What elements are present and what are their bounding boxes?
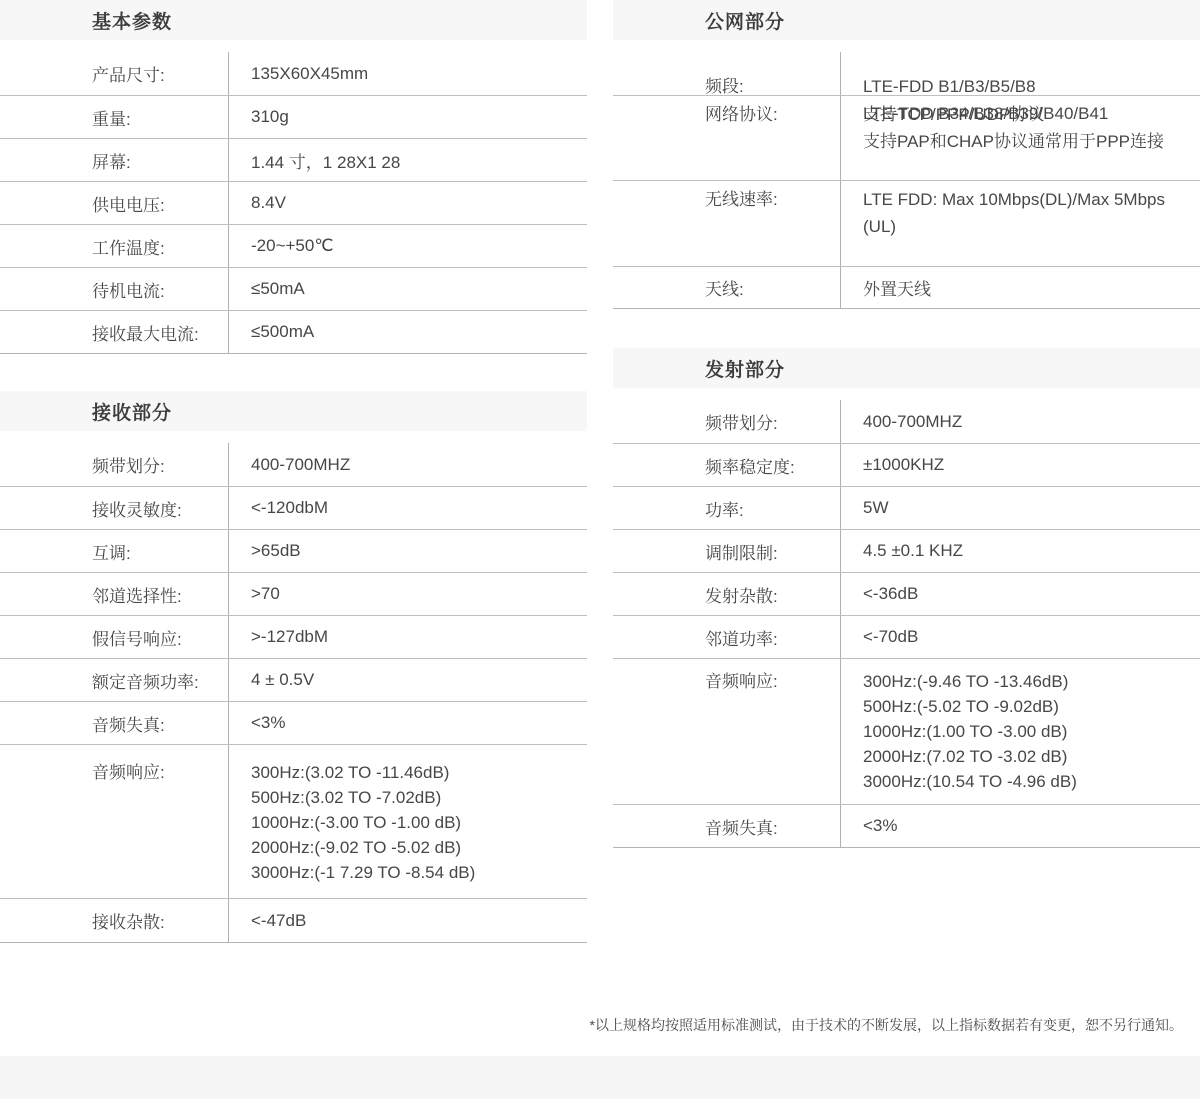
spec-value: <3% [840,805,1200,847]
spec-table: 产品尺寸: 135X60X45mm 重量: 310g 屏幕: 1.44 寸，1 … [0,40,587,354]
spec-value-line: 500Hz:(-5.02 TO -9.02dB) [863,694,1196,719]
section-basic-params: 基本参数 产品尺寸: 135X60X45mm 重量: 310g 屏幕: 1.44… [0,0,587,354]
spec-row: 音频响应: 300Hz:(3.02 TO -11.46dB) 500Hz:(3.… [0,744,587,898]
spec-row: 重量: 310g [0,95,587,138]
spec-table: 频带划分: 400-700MHZ 接收灵敏度: <-120dbM 互调: >65… [0,431,587,943]
column-right: 公网部分 频段: LTE-FDD B1/B3/B5/B8 LTE-TDD B34… [613,0,1200,848]
spec-row: 接收杂散: <-47dB [0,898,587,942]
spec-value: <-120dbM [228,487,587,529]
spec-row: 音频失真: <3% [0,701,587,744]
spec-label: 网络协议: [613,96,840,180]
spec-label: 接收最大电流: [0,311,228,353]
spec-value: >65dB [228,530,587,572]
spec-value-line: ≤500mA [251,322,583,342]
spec-label: 功率: [613,487,840,529]
spec-row: 额定音频功率: 4 ± 0.5V [0,658,587,701]
spec-value-line: 4.5 ±0.1 KHZ [863,541,1196,561]
spec-value: >-127dbM [228,616,587,658]
spec-row: 发射杂散: <-36dB [613,572,1200,615]
spec-label: 屏幕: [0,139,228,181]
section-header: 公网部分 [613,0,1200,40]
spec-value-line: <-70dB [863,627,1196,647]
spec-label: 发射杂散: [613,573,840,615]
spec-value: ±1000KHZ [840,444,1200,486]
spec-row: 音频失真: <3% [613,804,1200,847]
spec-row: 音频响应: 300Hz:(-9.46 TO -13.46dB) 500Hz:(-… [613,658,1200,804]
spec-value-line: 支持TCP/PPP/UDP协议 [863,101,1196,128]
spec-value-line: 1000Hz:(-3.00 TO -1.00 dB) [251,810,583,835]
spec-table: 频段: LTE-FDD B1/B3/B5/B8 LTE-TDD B34/B38/… [613,40,1200,309]
spec-label: 接收杂散: [0,899,228,942]
spec-value: LTE FDD: Max 10Mbps(DL)/Max 5Mbps (UL) [840,181,1200,266]
spec-row: 频段: LTE-FDD B1/B3/B5/B8 LTE-TDD B34/B38/… [613,40,1200,95]
spec-row: 待机电流: ≤50mA [0,267,587,310]
spec-value-line: 支持PAP和CHAP协议通常用于PPP连接 [863,128,1196,155]
spec-value-line: 8.4V [251,193,583,213]
spec-row: 假信号响应: >-127dbM [0,615,587,658]
spec-row: 接收最大电流: ≤500mA [0,310,587,353]
spec-label: 重量: [0,96,228,138]
spec-value: 1.44 寸，1 28X1 28 [228,139,587,181]
spec-row: 供电电压: 8.4V [0,181,587,224]
column-left: 基本参数 产品尺寸: 135X60X45mm 重量: 310g 屏幕: 1.44… [0,0,587,943]
section-header: 接收部分 [0,391,587,431]
spec-value: 支持TCP/PPP/UDP协议 支持PAP和CHAP协议通常用于PPP连接 [840,96,1200,180]
section-public-network: 公网部分 频段: LTE-FDD B1/B3/B5/B8 LTE-TDD B34… [613,0,1200,309]
spec-row: 邻道功率: <-70dB [613,615,1200,658]
spec-value: 300Hz:(-9.46 TO -13.46dB) 500Hz:(-5.02 T… [840,659,1200,804]
spec-value-line: 400-700MHZ [863,412,1196,432]
spec-row: 无线速率: LTE FDD: Max 10Mbps(DL)/Max 5Mbps … [613,180,1200,266]
spec-value: <3% [228,702,587,744]
section-title: 公网部分 [705,7,785,34]
spec-row: 网络协议: 支持TCP/PPP/UDP协议 支持PAP和CHAP协议通常用于PP… [613,95,1200,180]
spec-value-line: LTE FDD: Max 10Mbps(DL)/Max 5Mbps [863,186,1196,213]
spec-value: <-36dB [840,573,1200,615]
spec-value-line: 1.44 寸，1 28X1 28 [251,148,583,173]
spec-label: 待机电流: [0,268,228,310]
spec-label: 频率稳定度: [613,444,840,486]
spec-value-line: 310g [251,107,583,127]
spec-label: 工作温度: [0,225,228,267]
spec-value: 4 ± 0.5V [228,659,587,701]
spec-value: >70 [228,573,587,615]
section-transmitter: 发射部分 频带划分: 400-700MHZ 频率稳定度: ±1000KHZ 功率… [613,348,1200,848]
spec-value-line: 2000Hz:(7.02 TO -3.02 dB) [863,744,1196,769]
spec-value-line: 2000Hz:(-9.02 TO -5.02 dB) [251,835,583,860]
spec-label: 互调: [0,530,228,572]
spec-value-line: <-120dbM [251,498,583,518]
spec-value-line: ≤50mA [251,279,583,299]
spec-value-line: (UL) [863,213,1196,240]
footer-bar [0,1056,1200,1099]
spec-row: 功率: 5W [613,486,1200,529]
spec-label: 天线: [613,267,840,308]
spec-label: 频段: [613,52,840,95]
spec-value: 外置天线 [840,267,1200,308]
section-title: 发射部分 [705,355,785,382]
spec-row: 接收灵敏度: <-120dbM [0,486,587,529]
disclaimer-footnote: *以上规格均按照适用标准测试，由于技术的不断发展，以上指标数据若有变更，恕不另行… [590,1015,1183,1035]
spec-label: 音频失真: [613,805,840,847]
spec-row: 天线: 外置天线 [613,266,1200,308]
spec-label: 邻道选择性: [0,573,228,615]
spec-value-line: <3% [863,816,1196,836]
spec-value-line: <-47dB [251,911,583,931]
spec-value-line: 3000Hz:(10.54 TO -4.96 dB) [863,769,1196,794]
spec-value-line: 500Hz:(3.02 TO -7.02dB) [251,785,583,810]
spec-value: ≤50mA [228,268,587,310]
spec-row: 产品尺寸: 135X60X45mm [0,40,587,95]
spec-label: 音频响应: [613,659,840,804]
spec-row: 频带划分: 400-700MHZ [0,431,587,486]
spec-value-line: 300Hz:(-9.46 TO -13.46dB) [863,669,1196,694]
spec-value-line: <3% [251,713,583,733]
spec-value: 400-700MHZ [840,400,1200,443]
spec-table: 频带划分: 400-700MHZ 频率稳定度: ±1000KHZ 功率: 5W … [613,388,1200,848]
spec-value: <-70dB [840,616,1200,658]
spec-value-line: 1000Hz:(1.00 TO -3.00 dB) [863,719,1196,744]
spec-label: 无线速率: [613,181,840,266]
spec-value: <-47dB [228,899,587,942]
section-title: 基本参数 [92,7,172,34]
spec-value: 135X60X45mm [228,52,587,95]
spec-label: 产品尺寸: [0,52,228,95]
spec-value-line: >70 [251,584,583,604]
spec-label: 调制限制: [613,530,840,572]
spec-row: 调制限制: 4.5 ±0.1 KHZ [613,529,1200,572]
section-receiver: 接收部分 频带划分: 400-700MHZ 接收灵敏度: <-120dbM 互调… [0,391,587,943]
spec-row: 邻道选择性: >70 [0,572,587,615]
spec-label: 音频响应: [0,745,228,898]
spec-value-line: ±1000KHZ [863,455,1196,475]
spec-value: 8.4V [228,182,587,224]
spec-row: 互调: >65dB [0,529,587,572]
spec-value-line: 5W [863,498,1196,518]
spec-value-line: 400-700MHZ [251,455,583,475]
spec-label: 频带划分: [0,443,228,486]
spec-row: 频带划分: 400-700MHZ [613,388,1200,443]
section-header: 发射部分 [613,348,1200,388]
spec-label: 频带划分: [613,400,840,443]
spec-label: 邻道功率: [613,616,840,658]
spec-value-line: 3000Hz:(-1 7.29 TO -8.54 dB) [251,860,583,885]
spec-label: 音频失真: [0,702,228,744]
spec-label: 供电电压: [0,182,228,224]
section-header: 基本参数 [0,0,587,40]
spec-value-line: 300Hz:(3.02 TO -11.46dB) [251,760,583,785]
spec-value: LTE-FDD B1/B3/B5/B8 LTE-TDD B34/B38/B39/… [840,52,1200,95]
spec-row: 屏幕: 1.44 寸，1 28X1 28 [0,138,587,181]
spec-value-line: 4 ± 0.5V [251,670,583,690]
spec-label: 假信号响应: [0,616,228,658]
spec-value-line: 135X60X45mm [251,64,583,84]
spec-value-line: >65dB [251,541,583,561]
spec-value-line: >-127dbM [251,627,583,647]
spec-value: 300Hz:(3.02 TO -11.46dB) 500Hz:(3.02 TO … [228,745,587,898]
spec-label: 额定音频功率: [0,659,228,701]
spec-value: 5W [840,487,1200,529]
spec-value-line: <-36dB [863,584,1196,604]
spec-value: 310g [228,96,587,138]
spec-value: 4.5 ±0.1 KHZ [840,530,1200,572]
spec-label: 接收灵敏度: [0,487,228,529]
section-title: 接收部分 [92,398,172,425]
spec-value: -20~+50℃ [228,225,587,267]
spec-value: 400-700MHZ [228,443,587,486]
spec-value: ≤500mA [228,311,587,353]
spec-row: 工作温度: -20~+50℃ [0,224,587,267]
spec-value-line: 外置天线 [863,275,1196,300]
spec-value-line: -20~+50℃ [251,236,583,256]
spec-row: 频率稳定度: ±1000KHZ [613,443,1200,486]
